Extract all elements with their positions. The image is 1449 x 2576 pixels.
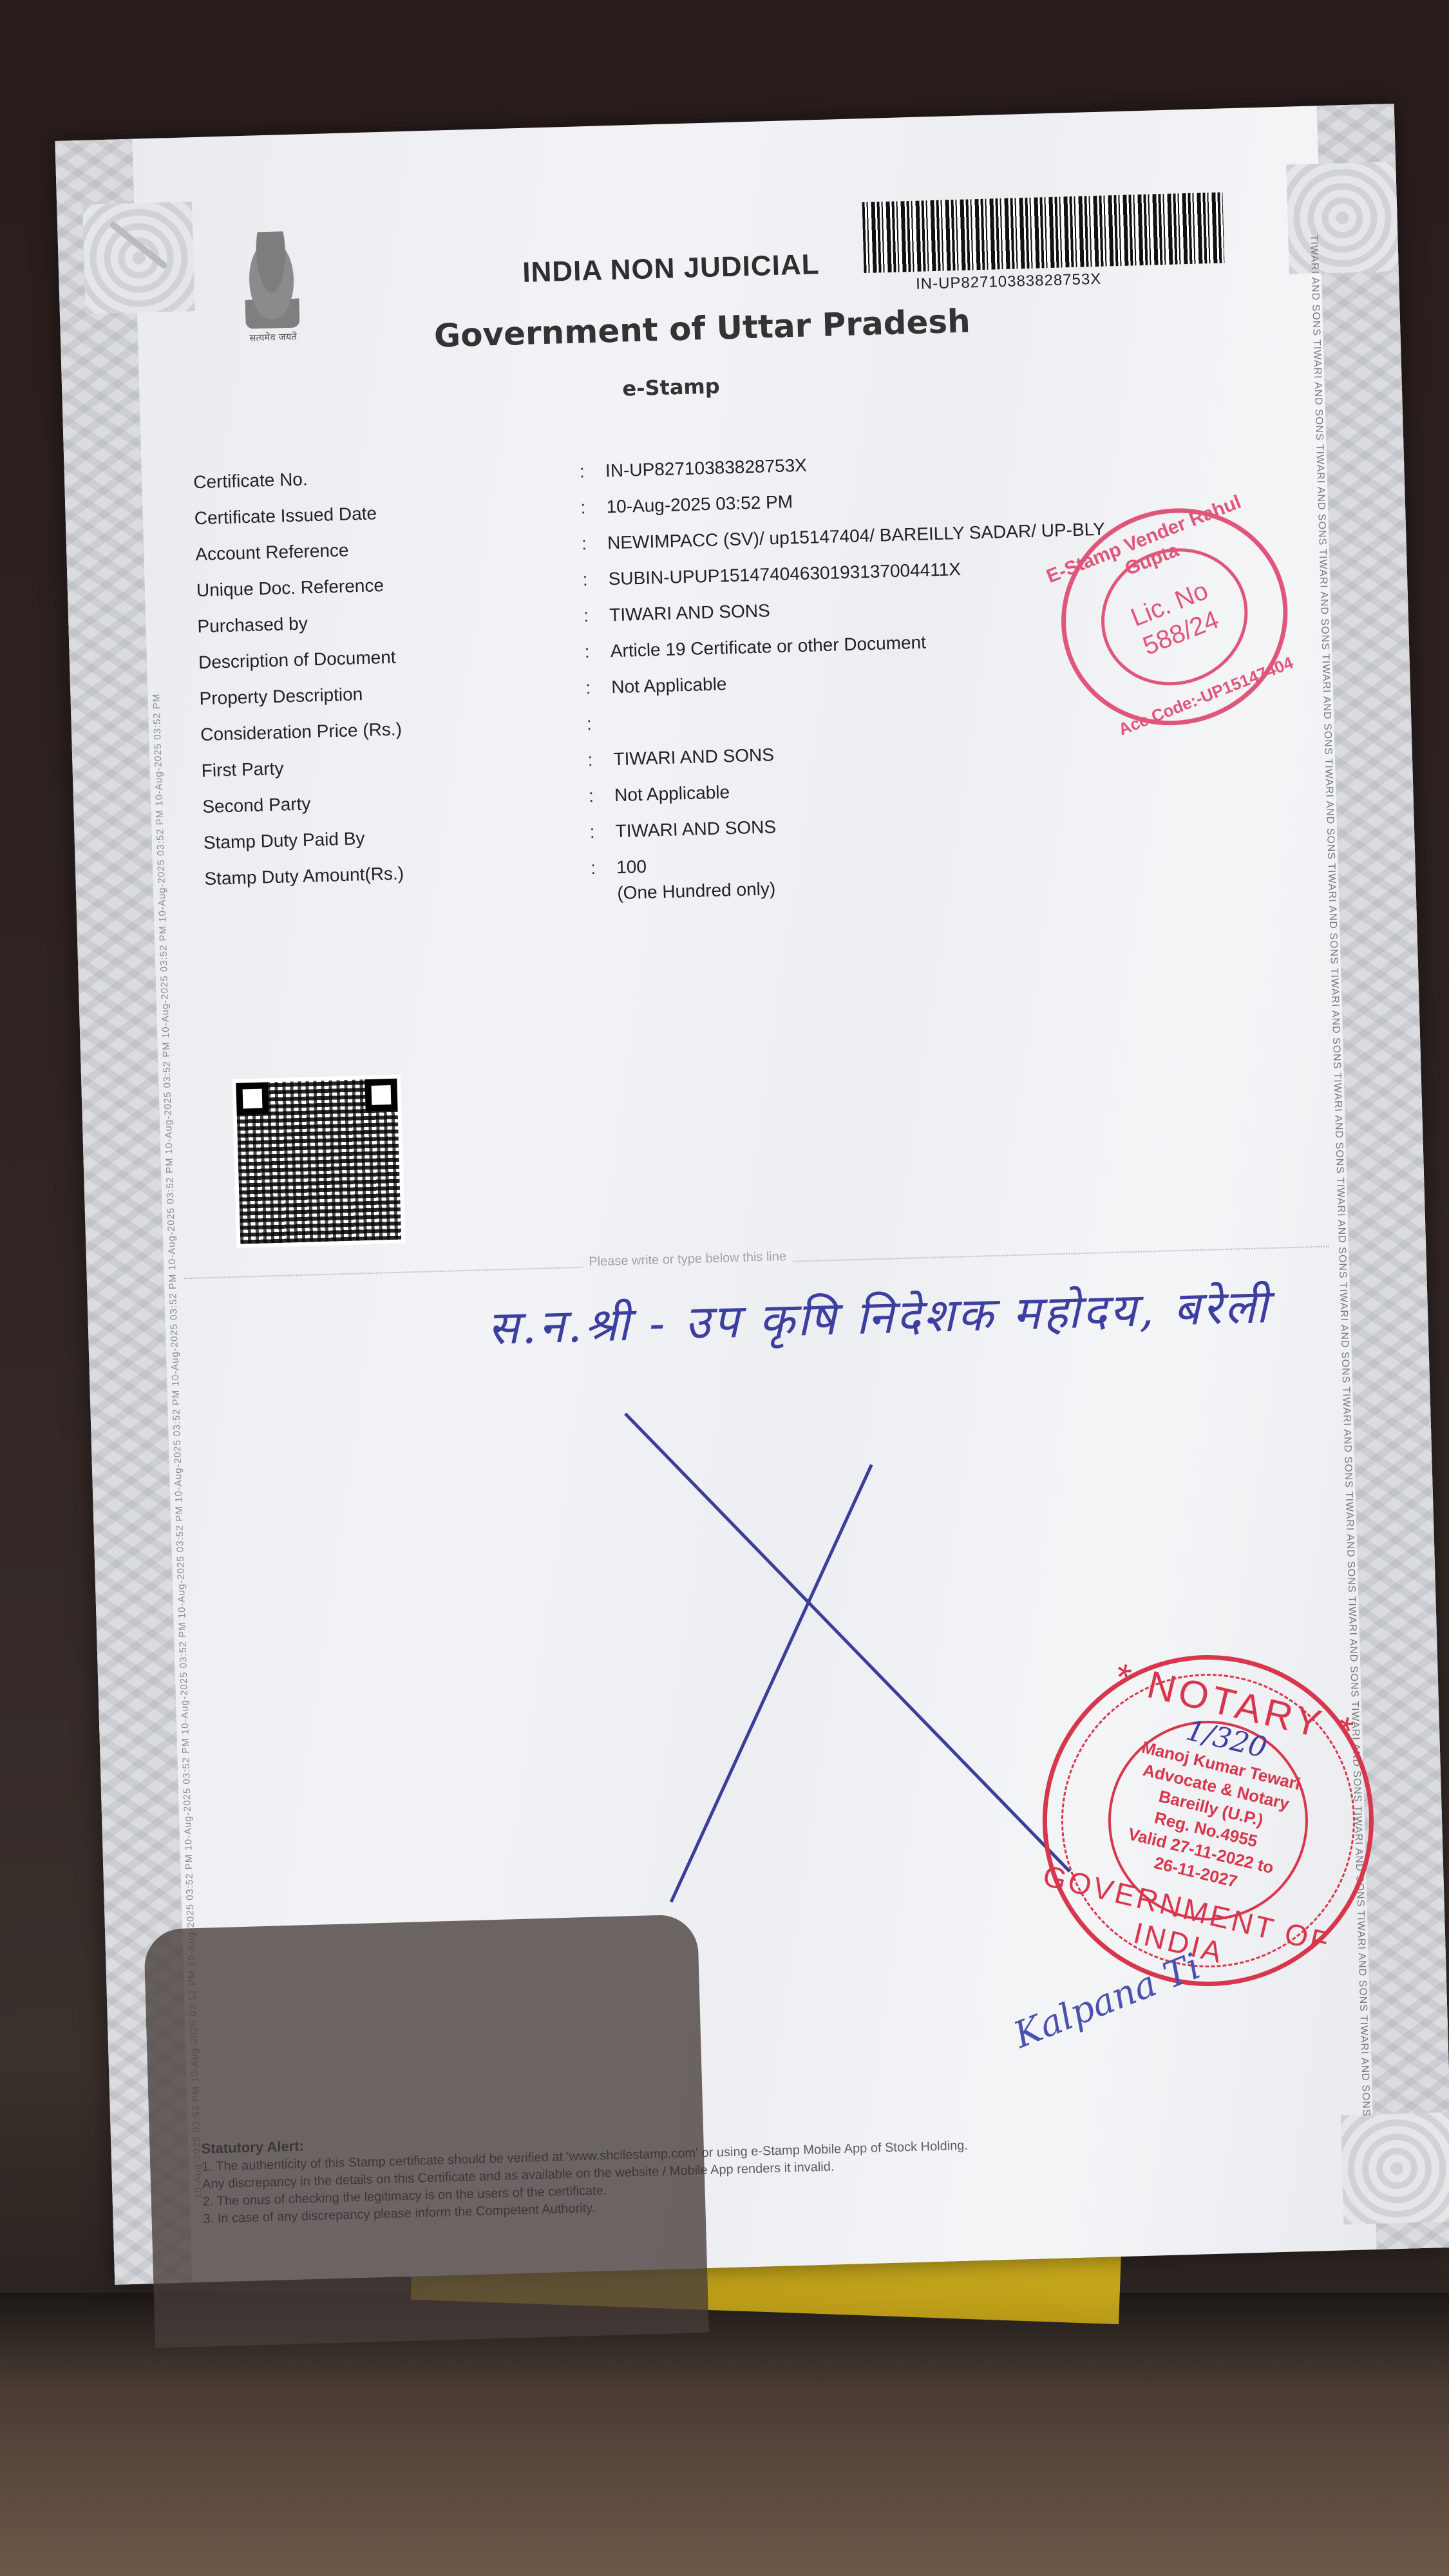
corner-ornament [1341,2112,1449,2225]
certificate-fields: Certificate No.:IN-UP82710383828753X Cer… [193,445,1171,933]
corner-ornament [1286,162,1399,274]
qr-code [236,1079,401,1244]
field-colon: : [582,533,608,554]
handwritten-signature: Kalpana Ti [1008,1946,1206,2057]
estamp-certificate: 10-Aug-2025 03:52 PM 10-Aug-2025 03:52 P… [55,104,1449,2285]
field-colon: : [583,605,610,626]
field-colon: : [584,641,611,662]
field-value: TIWARI AND SONS [609,600,770,625]
field-label: Certificate No. [193,461,580,493]
handwritten-addressee: स.न.श्री - उप कृषि निदेशक महोदय, बरेली [487,1273,1271,1358]
field-value: 10-Aug-2025 03:52 PM [606,491,793,517]
doc-type: e-Stamp [622,374,720,401]
amount-in-words: (One Hundred only) [617,878,776,904]
field-colon: : [589,785,615,806]
barcode-number: IN-UP82710383828753X [916,270,1102,294]
field-colon: : [587,749,614,770]
field-colon: : [585,677,612,698]
field-colon: : [591,857,617,878]
field-value: 100 [616,853,775,878]
field-colon: : [580,497,607,518]
field-value: Not Applicable [611,674,727,697]
field-colon: : [582,569,609,590]
field-value: Not Applicable [614,782,730,806]
field-colon: : [589,821,616,842]
barcode [862,192,1225,273]
field-value: IN-UP82710383828753X [605,455,808,482]
doc-title: INDIA NON JUDICIAL [522,249,820,289]
divider-instruction: Please write or type below this line [582,1249,793,1270]
emblem-motto: सत्यमेव जयते [234,330,312,345]
national-emblem: सत्यमेव जयते [231,231,312,345]
ashoka-emblem-icon [243,231,299,329]
field-value: TIWARI AND SONS [613,744,774,770]
issuing-government: Government of Uttar Pradesh [433,302,971,354]
field-colon: : [587,713,613,734]
field-colon: : [580,460,606,482]
field-value: TIWARI AND SONS [615,817,776,842]
corner-ornament [82,202,195,314]
